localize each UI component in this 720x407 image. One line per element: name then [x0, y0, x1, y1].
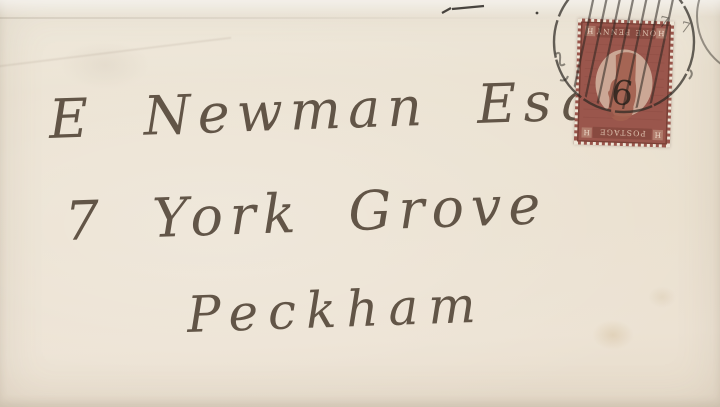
corner-letter: H	[587, 26, 594, 35]
envelope-photo: E Newman Esq 7 York Grove Peckham ONE PE…	[0, 0, 720, 407]
paper-shading	[60, 40, 150, 90]
corner-letter: H	[658, 29, 665, 38]
penny-red-stamp: ONE PENNY POSTAGE H H H H	[574, 18, 674, 147]
top-fold-highlight	[0, 0, 720, 17]
paper-stain	[592, 320, 634, 350]
stamp-postage-text: POSTAGE	[599, 127, 646, 138]
paper-stain	[648, 286, 676, 308]
corner-letter: H	[655, 130, 662, 139]
corner-letter: H	[583, 128, 590, 137]
top-fold-crease	[0, 17, 560, 19]
stamp-engraving: ONE PENNY POSTAGE H H H H	[577, 21, 671, 144]
address-line-town: Peckham	[186, 276, 487, 344]
